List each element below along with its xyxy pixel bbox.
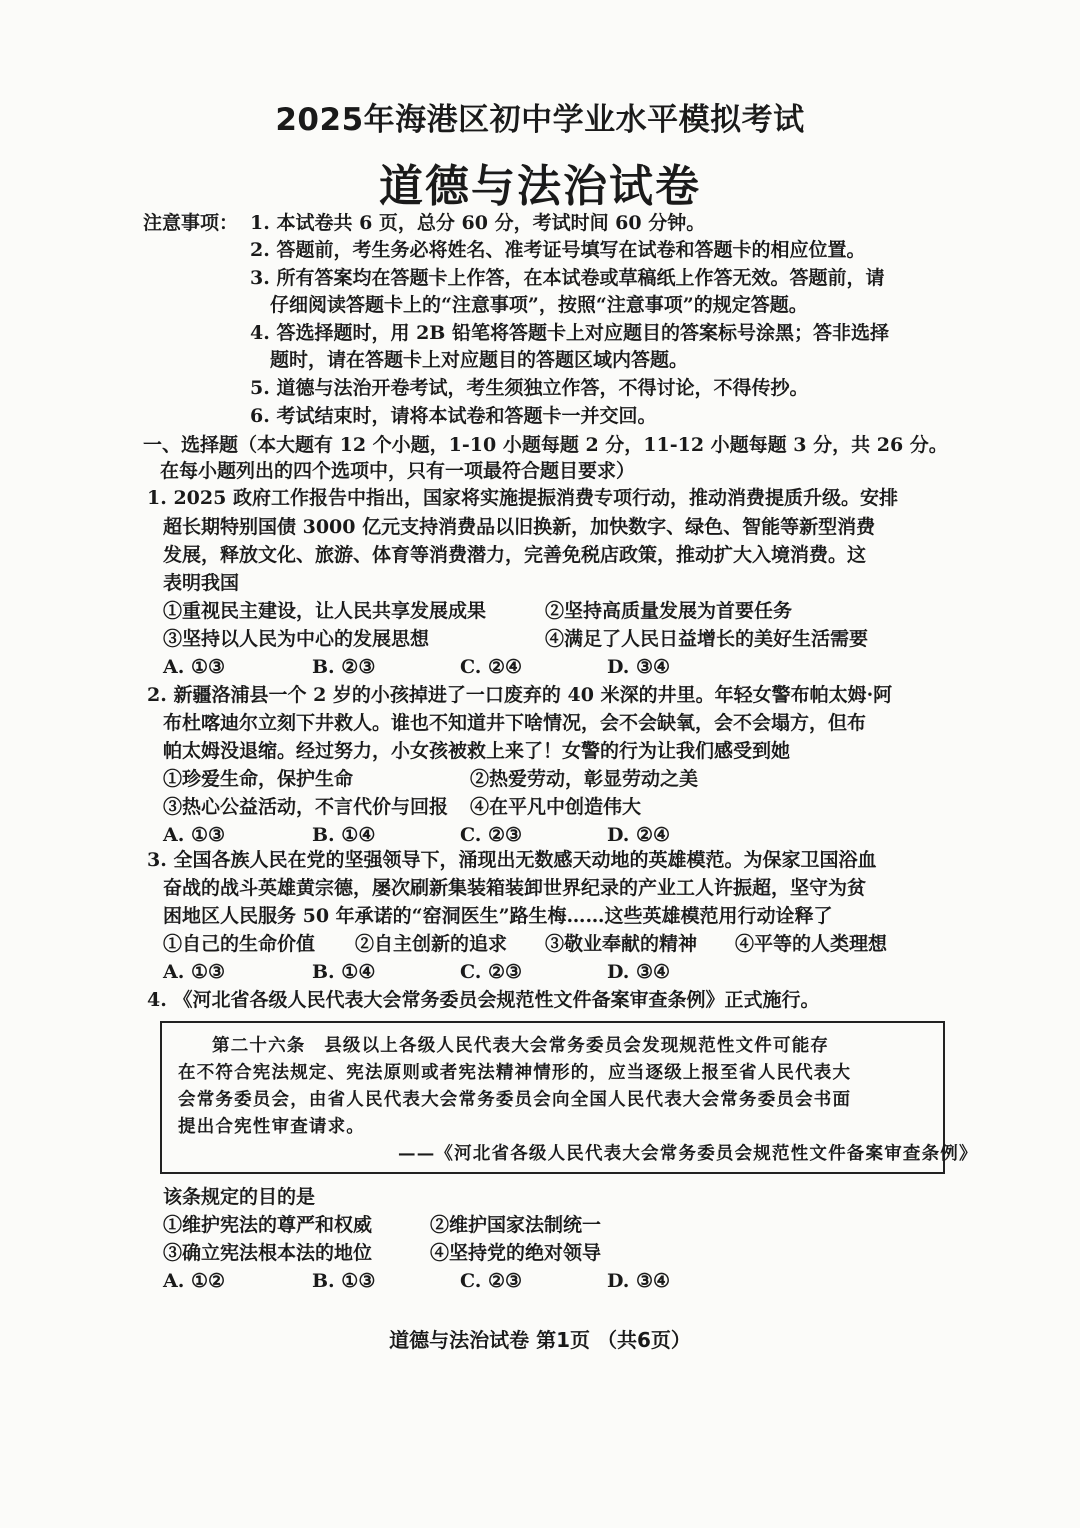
choice-b[interactable]: B. ②③: [312, 653, 375, 681]
quote-source: ——《河北省各级人民代表大会常务委员会规范性文件备案审查条例》: [398, 1141, 978, 1167]
question-text: 超长期特别国债 3000 亿元支持消费品以旧换新，加快数字、绿色、智能等新型消费: [163, 513, 875, 541]
question-text: 表明我国: [163, 569, 239, 597]
quote-line: 第二十六条 县级以上各级人民代表大会常务委员会发现规范性文件可能存: [212, 1033, 829, 1059]
quote-box: 第二十六条 县级以上各级人民代表大会常务委员会发现规范性文件可能存 在不符合宪法…: [160, 1021, 945, 1174]
statement: ①维护宪法的尊严和权威: [163, 1211, 372, 1239]
question-text: 帕太姆没退缩。经过努力，小女孩被救上来了！女警的行为让我们感受到她: [163, 737, 790, 765]
choice-c[interactable]: C. ②③: [460, 821, 522, 849]
statement: ②坚持高质量发展为首要任务: [545, 597, 792, 625]
statement: ②热爱劳动，彰显劳动之美: [470, 765, 698, 793]
choice-b[interactable]: B. ①④: [312, 958, 375, 986]
question-text: 4. 《河北省各级人民代表大会常务委员会规范性文件备案审查条例》正式施行。: [147, 986, 819, 1014]
note-item: 2. 答题前，考生务必将姓名、准考证号填写在试卷和答题卡的相应位置。: [250, 236, 865, 264]
choice-a[interactable]: A. ①②: [163, 1267, 225, 1295]
choice-d[interactable]: D. ②④: [607, 821, 670, 849]
note-item: 题时，请在答题卡上对应题目的答题区域内答题。: [270, 346, 688, 374]
statement: ③敬业奉献的精神: [545, 930, 697, 958]
paper-title: 道德与法治试卷: [0, 150, 1080, 214]
statement: ④平等的人类理想: [735, 930, 887, 958]
question-text: 1. 2025 政府工作报告中指出，国家将实施提振消费专项行动，推动消费提质升级…: [147, 484, 898, 512]
choice-c[interactable]: C. ②④: [460, 653, 522, 681]
note-item: 6. 考试结束时，请将本试卷和答题卡一并交回。: [250, 402, 656, 430]
question-text: 困地区人民服务 50 年承诺的“窑洞医生”路生梅……这些英雄模范用行动诠释了: [163, 902, 833, 930]
statement: ④满足了人民日益增长的美好生活需要: [545, 625, 868, 653]
statement: ①自己的生命价值: [163, 930, 315, 958]
note-item: 4. 答选择题时，用 2B 铅笔将答题卡上对应题目的答案标号涂黑；答非选择: [250, 319, 889, 347]
question-text: 2. 新疆洛浦县一个 2 岁的小孩掉进了一口废弃的 40 米深的井里。年轻女警布…: [147, 681, 892, 709]
statement: ③坚持以人民为中心的发展思想: [163, 625, 429, 653]
section-heading: 一、选择题（本大题有 12 个小题，1-10 小题每题 2 分，11-12 小题…: [143, 431, 948, 459]
choice-a[interactable]: A. ①③: [163, 958, 225, 986]
statement: ②自主创新的追求: [355, 930, 507, 958]
statement: ②维护国家法制统一: [430, 1211, 601, 1239]
choice-a[interactable]: A. ①③: [163, 653, 225, 681]
choice-b[interactable]: B. ①③: [312, 1267, 375, 1295]
statement: ④在平凡中创造伟大: [470, 793, 641, 821]
section-instructions: 在每小题列出的四个选项中，只有一项最符合题目要求）: [160, 457, 635, 485]
question-text: 3. 全国各族人民在党的坚强领导下，涌现出无数感天动地的英雄模范。为保家卫国浴血: [147, 846, 876, 874]
statement: ①珍爱生命，保护生命: [163, 765, 353, 793]
choice-c[interactable]: C. ②③: [460, 1267, 522, 1295]
question-text: 发展，释放文化、旅游、体育等消费潜力，完善免税店政策，推动扩大入境消费。这: [163, 541, 866, 569]
page-footer: 道德与法治试卷 第1页 （共6页）: [0, 1324, 1080, 1353]
quote-line: 会常务委员会，由省人民代表大会常务委员会向全国人民代表大会常务委员会书面: [178, 1087, 851, 1113]
note-item: 1. 本试卷共 6 页，总分 60 分，考试时间 60 分钟。: [250, 209, 705, 237]
question-text: 奋战的战斗英雄黄宗德，屡次刷新集装箱装卸世界纪录的产业工人许振超，坚守为贫: [163, 874, 866, 902]
note-item: 3. 所有答案均在答题卡上作答，在本试卷或草稿纸上作答无效。答题前，请: [250, 264, 884, 292]
quote-line: 在不符合宪法规定、宪法原则或者宪法精神情形的，应当逐级上报至省人民代表大: [178, 1060, 851, 1086]
statement: ④坚持党的绝对领导: [430, 1239, 601, 1267]
choice-d[interactable]: D. ③④: [607, 653, 670, 681]
statement: ①重视民主建设，让人民共享发展成果: [163, 597, 486, 625]
choice-b[interactable]: B. ①④: [312, 821, 375, 849]
note-item: 5. 道德与法治开卷考试，考生须独立作答，不得讨论，不得传抄。: [250, 374, 808, 402]
choice-a[interactable]: A. ①③: [163, 821, 225, 849]
note-item: 仔细阅读答题卡上的“注意事项”，按照“注意事项”的规定答题。: [270, 291, 808, 319]
notes-label: 注意事项：: [143, 209, 238, 237]
quote-line: 提出合宪性审查请求。: [178, 1114, 365, 1140]
statement: ③确立宪法根本法的地位: [163, 1239, 372, 1267]
choice-c[interactable]: C. ②③: [460, 958, 522, 986]
question-prompt: 该条规定的目的是: [163, 1183, 315, 1211]
choice-d[interactable]: D. ③④: [607, 958, 670, 986]
question-text: 布杜喀迪尔立刻下井救人。谁也不知道井下啥情况，会不会缺氧，会不会塌方，但布: [163, 709, 866, 737]
exam-title: 2025年海港区初中学业水平模拟考试: [0, 94, 1080, 139]
choice-d[interactable]: D. ③④: [607, 1267, 670, 1295]
statement: ③热心公益活动，不言代价与回报: [163, 793, 448, 821]
